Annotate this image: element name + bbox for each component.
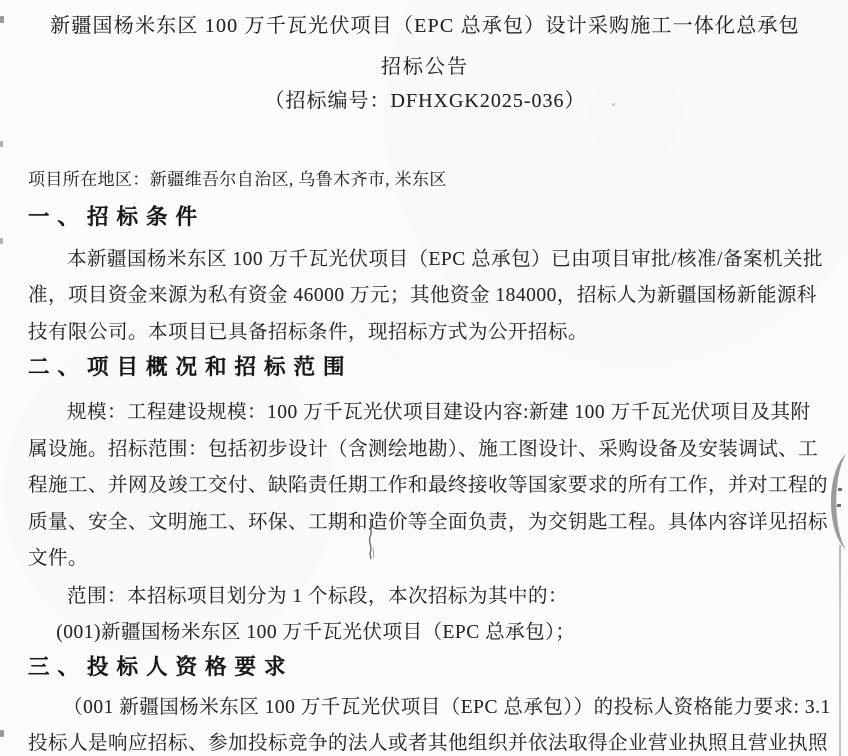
project-location-line: 项目所在地区：新疆维吾尔自治区, 乌鲁木齐市, 米东区 [28, 166, 822, 194]
scan-speck [0, 141, 3, 147]
section-1-paragraph-line: 本新疆国杨米东区 100 万千瓦光伏项目（EPC 总承包）已由项目审批/核准/备… [28, 242, 822, 278]
scan-speck [0, 238, 3, 244]
section-1-paragraph-line: 技有限公司。本项目已具备招标条件，现招标方式为公开招标。 [28, 315, 822, 351]
scope-line: 范围：本招标项目划分为 1 个标段，本次招标为其中的： [28, 582, 822, 612]
scan-speck [0, 16, 4, 23]
section-2-paragraph-line: 文件。 [28, 541, 822, 578]
scan-ring-artifact [820, 452, 848, 552]
tender-number-line: （招标编号：DFHXGK2025-036） [28, 87, 822, 115]
section-1-heading: 一、招标条件 [28, 202, 822, 232]
lot-001-line: (001)新疆国杨米东区 100 万千瓦光伏项目（EPC 总承包）； [28, 618, 822, 648]
section-2-heading: 二、项目概况和招标范围 [28, 352, 822, 382]
section-2-paragraph-line: 程施工、并网及竣工交付、缺陷责任期工作和最终接收等国家要求的所有工作，并对工程的 [28, 468, 822, 505]
document-title-line1: 新疆国杨米东区 100 万千瓦光伏项目（EPC 总承包）设计采购施工一体化总承包 [28, 12, 822, 40]
document-title-line2: 招标公告 [28, 53, 822, 81]
section-3-heading: 三、投标人资格要求 [28, 652, 822, 682]
scan-fold-line-artifact [839, 545, 841, 756]
scan-dot [523, 592, 526, 595]
section-1-paragraph-line: 准，项目资金来源为私有资金 46000 万元；其他资金 184000，招标人为新… [28, 278, 822, 314]
section-2-paragraph-line: 质量、安全、文明施工、环保、工期和造价等全面负责，为交钥匙工程。具体内容详见招标 [28, 505, 822, 542]
section-2-paragraph-line: 属设施。招标范围：包括初步设计（含测绘地勘）、施工图设计、采购设备及安装调试、工 [28, 432, 822, 469]
scan-scratch-artifact [364, 518, 378, 560]
scan-dot [612, 103, 615, 106]
section-2-paragraph-line: 规模：工程建设规模：100 万千瓦光伏项目建设内容:新建 100 万千瓦光伏项目… [28, 395, 822, 432]
scanned-document: { "doc": { "title": { "line1": "新疆国杨米东区 … [0, 0, 848, 756]
section-3-paragraph-line: 投标人是响应招标、参加投标竞争的法人或者其他组织并依法取得企业营业执照且营业执照 [28, 726, 822, 756]
scan-speck [0, 730, 4, 737]
section-3-paragraph-line: （001 新疆国杨米东区 100 万千瓦光伏项目（EPC 总承包））的投标人资格… [28, 690, 822, 726]
